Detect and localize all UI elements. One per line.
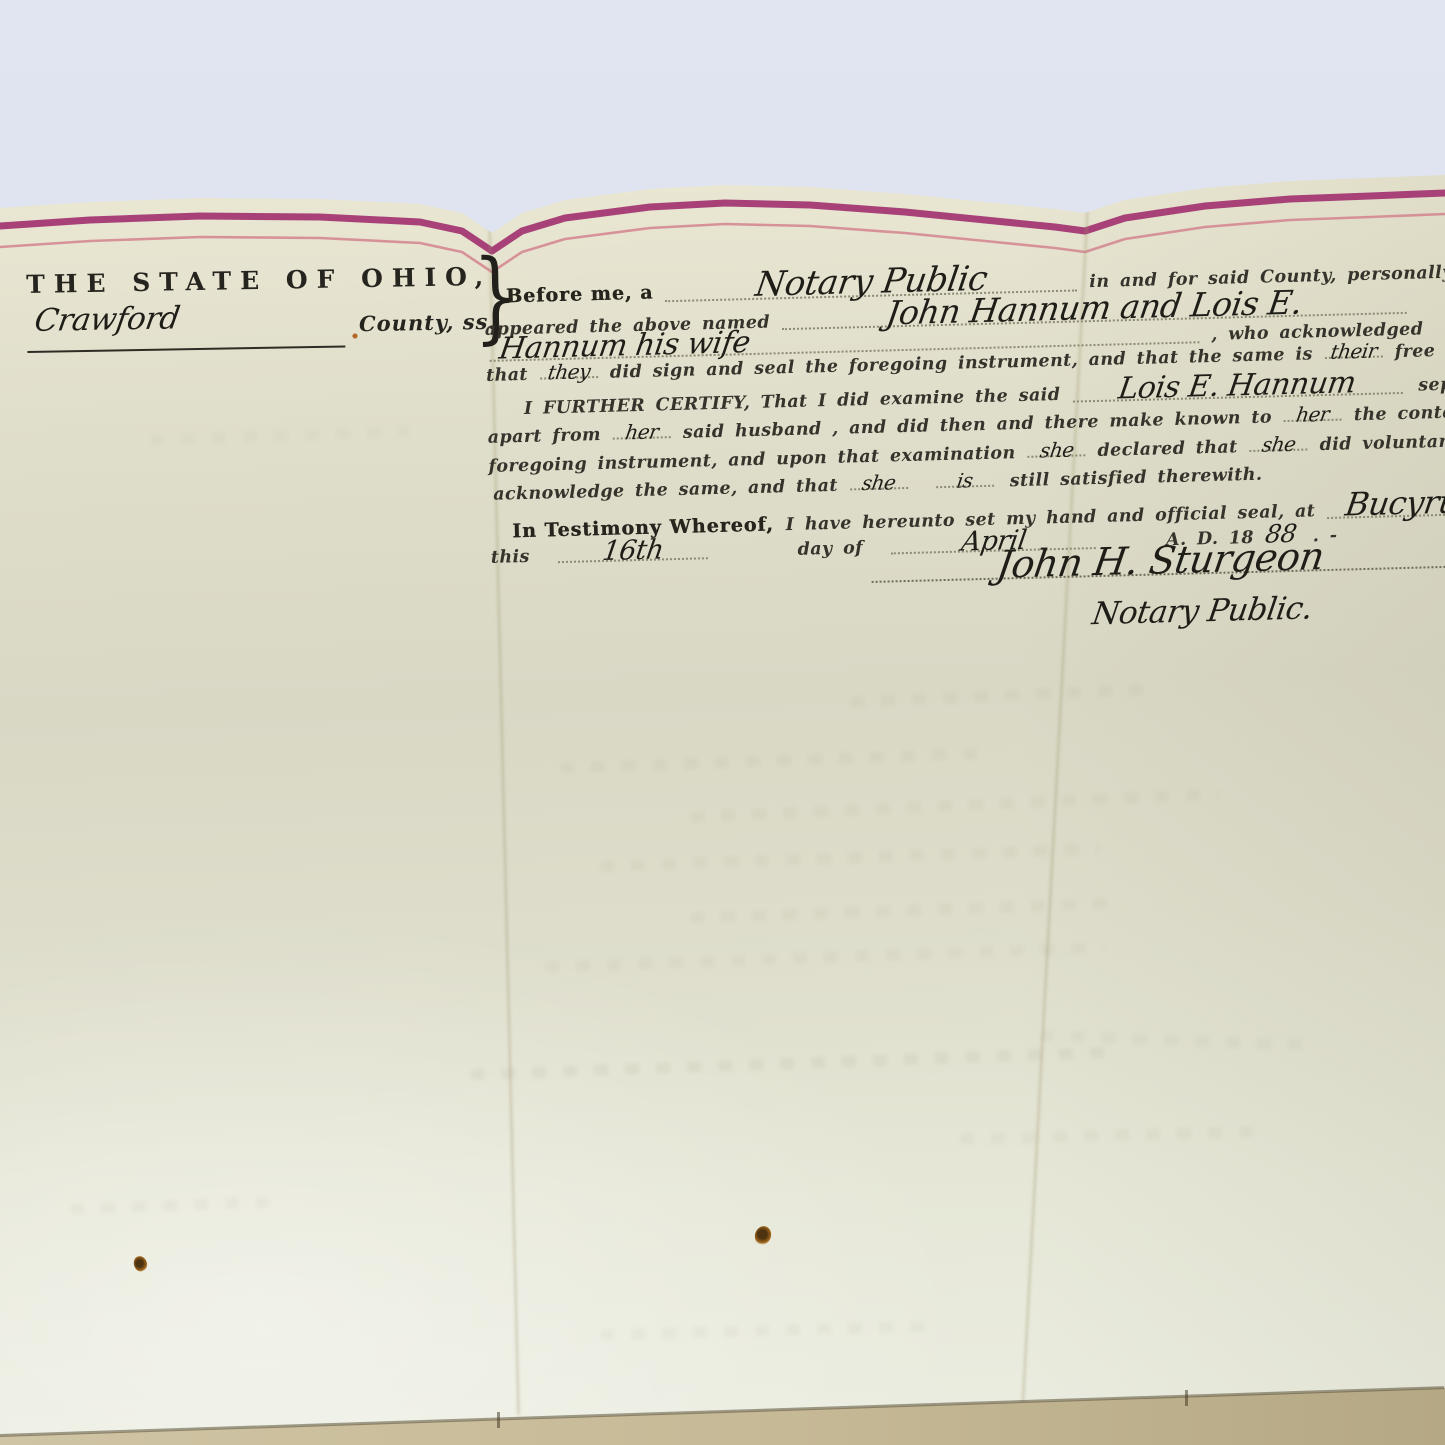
handwritten-they: they [546, 359, 592, 384]
foxing-spot [752, 1224, 773, 1247]
ghost-writing [545, 942, 1105, 973]
fill-blank: is [935, 468, 993, 489]
printed-text: apart from [487, 425, 601, 448]
ghost-writing [960, 1126, 1260, 1145]
state-header: THE STATE OF OHIO, } Crawford County, ss… [26, 264, 498, 365]
foxing-spot [132, 1254, 150, 1273]
handwritten-she: she [1260, 432, 1297, 457]
bottom-edge-notch [1185, 1390, 1188, 1406]
county-blank-line [27, 345, 345, 353]
handwritten-is: is [955, 468, 974, 493]
printed-text: this [491, 547, 530, 568]
ghost-writing [70, 1197, 270, 1215]
ghost-writing [470, 1047, 1110, 1080]
fill-blank: she [1027, 437, 1085, 458]
fold-crease-left [488, 225, 520, 1415]
county-row: Crawford County, ss. [27, 307, 498, 365]
photo-of-document: { "colors": { "backdrop": "#dde3ef", "pa… [0, 0, 1445, 1445]
handwritten-she: she [860, 470, 897, 495]
fill-blank: 16th [557, 533, 708, 563]
acknowledgment-block: Before me, a Notary Public in and for sa… [483, 231, 1445, 258]
fill-blank: they [540, 359, 598, 380]
ghost-writing [690, 897, 1120, 923]
bottom-edge-notch [497, 1412, 500, 1428]
ghost-writing [600, 1321, 930, 1341]
printed-text: that [486, 365, 528, 386]
printed-tail: separate and [1418, 372, 1445, 396]
handwritten-her: her [1295, 402, 1331, 427]
county-handwritten: Crawford [32, 300, 182, 339]
ghost-writing [150, 425, 410, 445]
handwritten-she: she [1038, 438, 1075, 463]
document-paper: THE STATE OF OHIO, } Crawford County, ss… [0, 0, 1445, 1445]
handwritten-their: their [1329, 339, 1379, 364]
printed-text: day of [797, 538, 863, 560]
printed-text: still satisfied therewith. [1010, 465, 1263, 492]
notary-title-row: Notary Public. [1092, 590, 1313, 632]
printed-text: the contents of the [1354, 400, 1445, 426]
notary-title: Notary Public. [1090, 590, 1315, 632]
notary-signature: John H. Sturgeon [994, 534, 1327, 587]
fill-blank: their [1324, 338, 1382, 359]
magenta-rule [0, 193, 1445, 251]
printed-text: declared that [1097, 437, 1238, 461]
state-title: THE STATE OF OHIO, [26, 264, 496, 297]
handwritten-place: Bucyrus Ohio [1343, 480, 1445, 524]
fill-blank: her [613, 419, 671, 440]
fill-blank: Bucyrus Ohio [1327, 479, 1445, 519]
ghost-writing [560, 747, 990, 773]
ghost-writing [600, 843, 1100, 871]
handwritten-lois: Lois E. Hannum [1116, 365, 1358, 406]
fill-blank: she [1249, 431, 1307, 452]
fill-blank: she [849, 470, 907, 491]
handwritten-her: her [624, 419, 660, 444]
fill-blank: Lois E. Hannum [1072, 364, 1403, 403]
printed-text: did voluntarily sign, seal and [1319, 427, 1445, 455]
handwritten-day: 16th [600, 534, 665, 567]
ghost-writing [850, 683, 1150, 707]
printed-text: free act and deed. [1394, 337, 1445, 362]
county-label: County, ss. [359, 311, 497, 334]
ghost-writing [690, 788, 1220, 822]
fill-blank: her [1284, 402, 1342, 423]
